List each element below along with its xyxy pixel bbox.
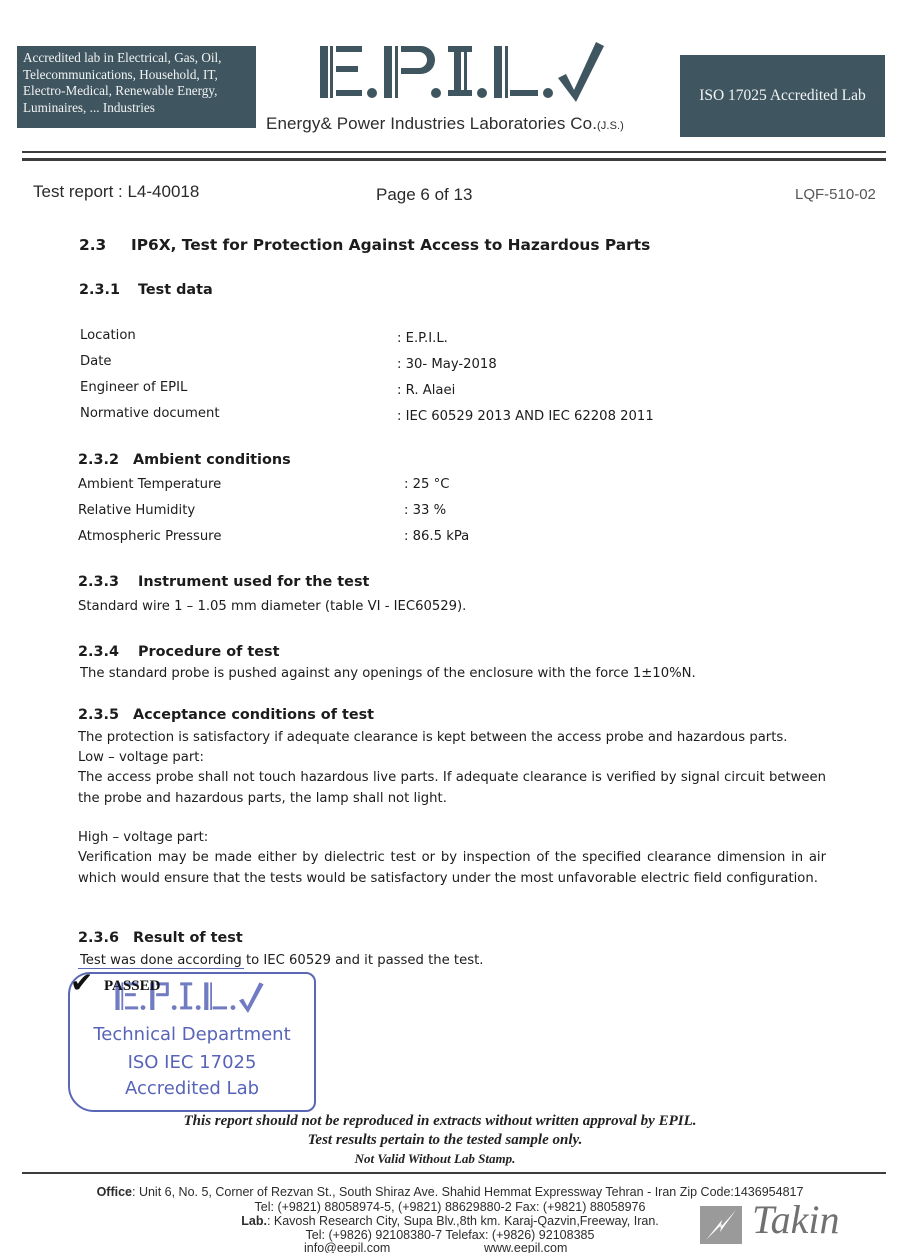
accreditation-box: Accredited lab in Electrical, Gas, Oil, …: [17, 46, 256, 128]
high-voltage-text: Verification may be made either by diele…: [78, 848, 826, 889]
normative-label: Normative document: [80, 406, 220, 421]
low-voltage-text: The access probe shall not touch hazardo…: [78, 768, 826, 809]
verdict-passed: PASSED: [104, 978, 160, 995]
footer-divider: [22, 1172, 886, 1174]
disclaimer-line: Test results pertain to the tested sampl…: [0, 1132, 895, 1149]
instrument-heading: 2.3.3Instrument used for the test: [78, 574, 369, 590]
company-name: Energy& Power Industries Laboratories Co…: [266, 114, 624, 134]
engineer-label: Engineer of EPIL: [80, 380, 187, 395]
email-link[interactable]: info@eepil.com: [304, 1241, 390, 1253]
instrument-text: Standard wire 1 – 1.05 mm diameter (tabl…: [78, 597, 826, 618]
brand-name: Takin: [752, 1196, 839, 1243]
website-link[interactable]: www.eepil.com: [484, 1241, 567, 1253]
acceptance-intro: The protection is satisfactory if adequa…: [78, 728, 826, 749]
disclaimer-line: Not Valid Without Lab Stamp.: [0, 1151, 885, 1167]
pen-underline: [78, 968, 244, 969]
lightning-icon: [700, 1206, 742, 1244]
iso-accreditation-box: ISO 17025 Accredited Lab: [680, 55, 885, 137]
accreditation-line: Luminaires, ... Industries: [23, 100, 250, 117]
accreditation-line: Electro-Medical, Renewable Energy,: [23, 83, 250, 100]
location-label: Location: [80, 328, 136, 343]
location-value: : E.P.I.L.: [397, 331, 448, 346]
low-voltage-label: Low – voltage part:: [78, 748, 826, 769]
date-label: Date: [80, 354, 112, 369]
epil-logo-icon: [318, 38, 608, 108]
disclaimer-line: This report should not be reproduced in …: [0, 1113, 890, 1130]
test-data-heading: 2.3.1Test data: [79, 282, 213, 298]
accreditation-line: Telecommunications, Household, IT,: [23, 67, 250, 84]
temperature-value: : 25 °C: [404, 477, 449, 492]
checkmark-icon: ✔: [70, 966, 93, 999]
header-divider: [22, 158, 886, 161]
normative-value: : IEC 60529 2013 AND IEC 62208 2011: [397, 409, 654, 424]
iso-accreditation-text: ISO 17025 Accredited Lab: [699, 87, 866, 105]
stamp-line: Technical Department: [70, 1024, 314, 1045]
pressure-value: : 86.5 kPa: [404, 529, 469, 544]
acceptance-heading: 2.3.5Acceptance conditions of test: [78, 707, 374, 723]
form-code: LQF-510-02: [795, 186, 876, 203]
procedure-text: The standard probe is pushed against any…: [80, 664, 828, 685]
ambient-heading: 2.3.2Ambient conditions: [78, 452, 291, 468]
temperature-label: Ambient Temperature: [78, 477, 221, 492]
procedure-heading: 2.3.4Procedure of test: [78, 644, 279, 660]
humidity-value: : 33 %: [404, 503, 446, 518]
section-heading: 2.3IP6X, Test for Protection Against Acc…: [79, 236, 650, 254]
date-value: : 30- May-2018: [397, 357, 497, 372]
result-heading: 2.3.6Result of test: [78, 930, 243, 946]
humidity-label: Relative Humidity: [78, 503, 195, 518]
pressure-label: Atmospheric Pressure: [78, 529, 221, 544]
header-divider: [22, 151, 886, 153]
engineer-value: : R. Alaei: [397, 383, 455, 398]
high-voltage-label: High – voltage part:: [78, 828, 826, 849]
page-number: Page 6 of 13: [376, 185, 472, 205]
report-id: Test report : L4-40018: [33, 182, 199, 202]
stamp-line: ISO IEC 17025: [70, 1052, 314, 1073]
stamp-line: Accredited Lab: [70, 1078, 314, 1099]
accreditation-line: Accredited lab in Electrical, Gas, Oil,: [23, 50, 250, 67]
takin-logo: Takin: [700, 1198, 890, 1248]
